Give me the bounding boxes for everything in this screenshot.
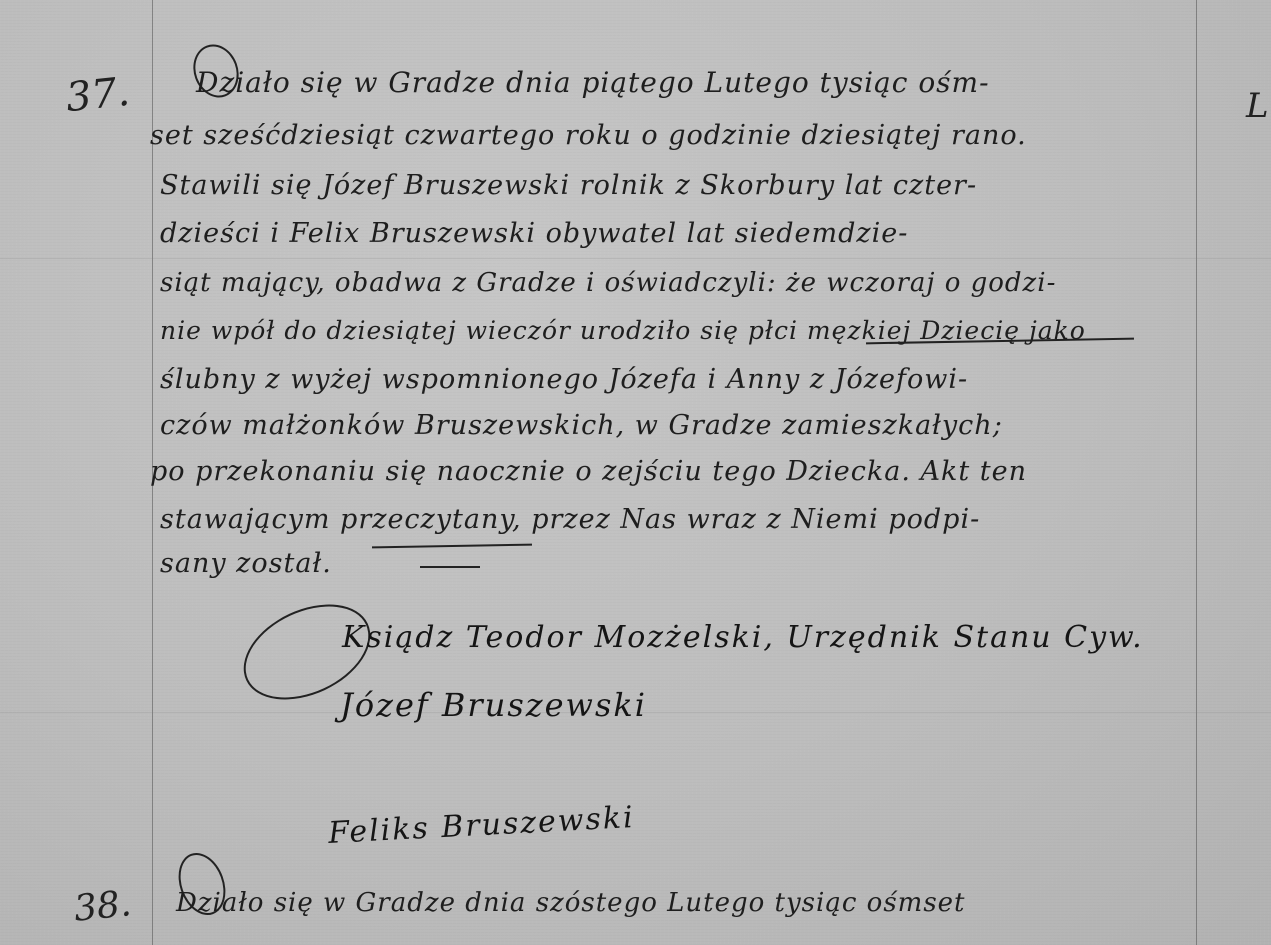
entry-line: Działo się w Gradze dnia piątego Lutego …: [196, 66, 990, 99]
ruled-line: [0, 258, 1271, 259]
entry-line: po przekonaniu się naocznie o zejściu te…: [150, 456, 1027, 487]
signature-jozef: Józef Bruszewski: [340, 686, 647, 724]
closing-dash: [420, 566, 480, 568]
entry-number-37: 37.: [64, 69, 132, 121]
signature-feliks: Feliks Bruszewski: [327, 800, 635, 851]
entry-line: czów małżonków Bruszewskich, w Gradze za…: [160, 410, 1003, 441]
underline-stroke: [372, 544, 532, 549]
entry-number-38: 38.: [72, 883, 133, 930]
entry-line: Działo się w Gradze dnia szóstego Lutego…: [176, 888, 966, 918]
entry-line: set sześćdziesiąt czwartego roku o godzi…: [150, 120, 1027, 151]
margin-fragment: L: [1246, 86, 1269, 126]
entry-line: dzieści i Felix Bruszewski obywatel lat …: [160, 218, 908, 249]
entry-line: Stawili się Józef Bruszewski rolnik z Sk…: [160, 170, 977, 201]
entry-line: siąt mający, obadwa z Gradze i oświadczy…: [160, 268, 1056, 298]
entry-line: ślubny z wyżej wspomnionego Józefa i Ann…: [160, 364, 968, 395]
document-page: 37. Działo się w Gradze dnia piątego Lut…: [0, 0, 1271, 945]
right-margin-rule: [1196, 0, 1197, 945]
signature-priest: Ksiądz Teodor Mozżelski, Urzędnik Stanu …: [342, 620, 1144, 655]
entry-line: stawającym przeczytany, przez Nas wraz z…: [160, 504, 980, 535]
entry-line: sany został.: [160, 548, 332, 579]
